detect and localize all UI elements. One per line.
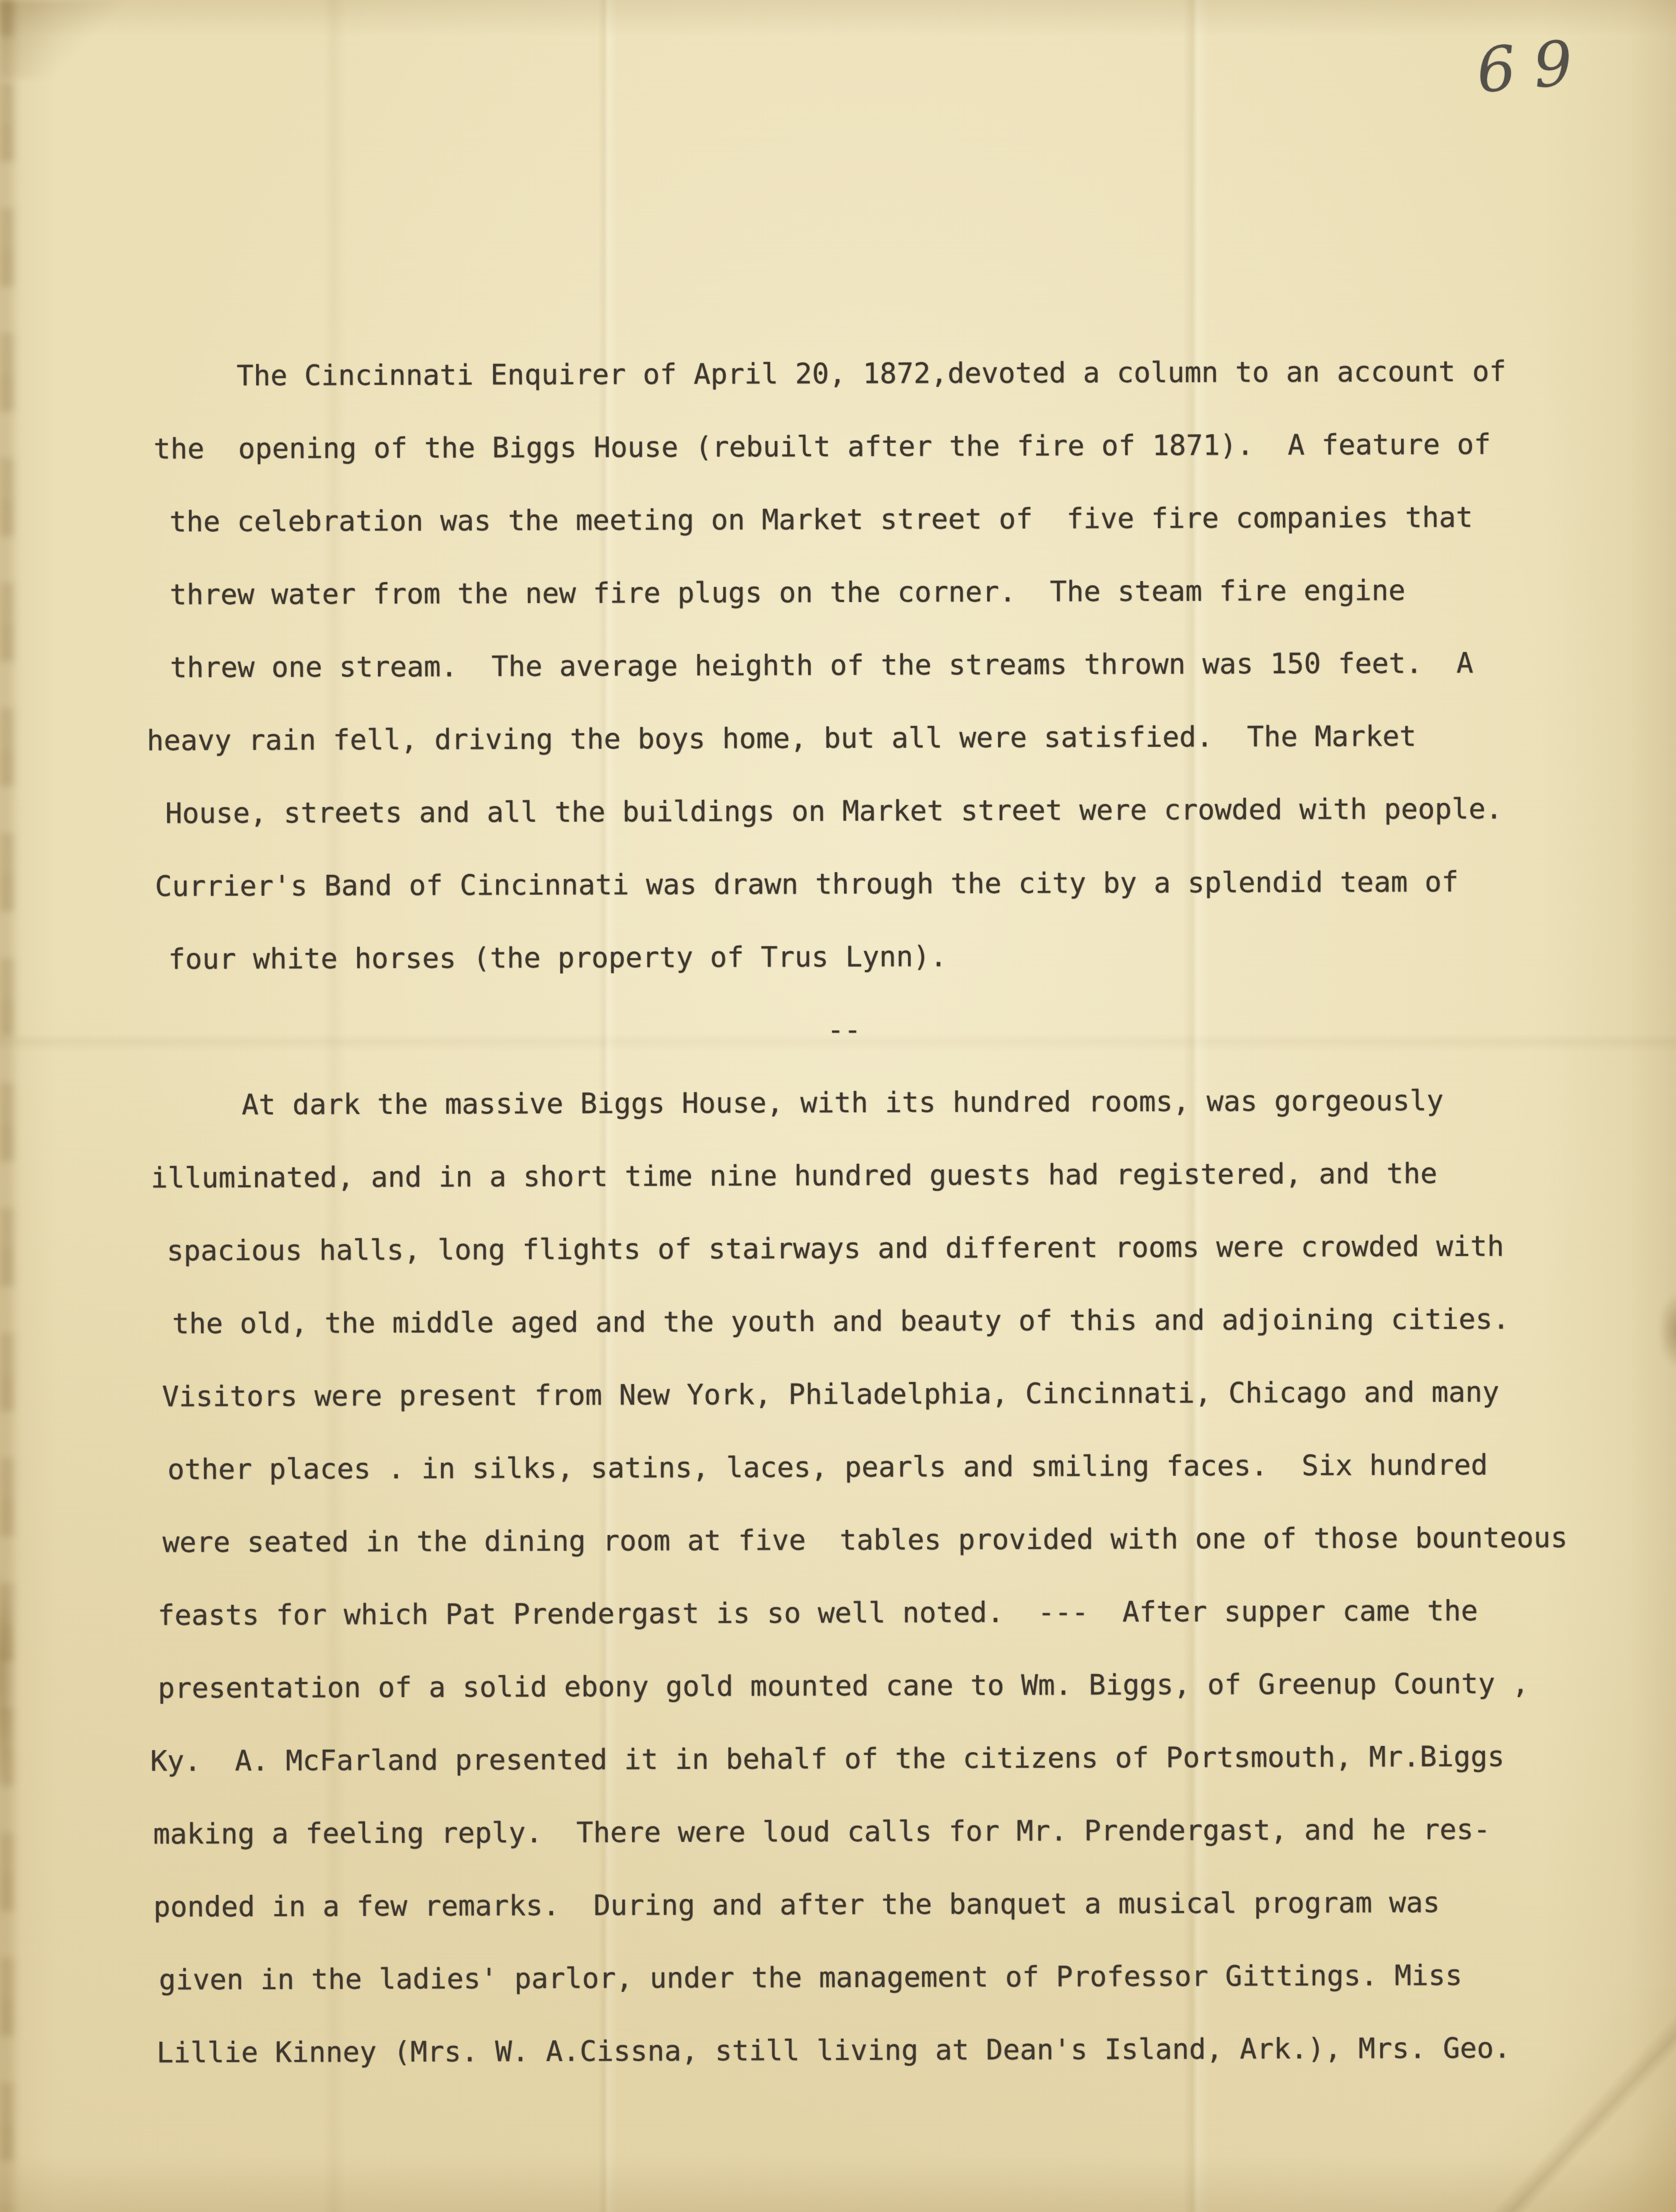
text-line: At dark the massive Biggs House, with it… (93, 1063, 1675, 1142)
text-line: threw one stream. The average heighth of… (21, 626, 1674, 705)
text-line: the celebration was the meeting on Marke… (21, 480, 1673, 559)
text-line: given in the ladies' parlor, under the m… (10, 1938, 1676, 2017)
text-line: threw water from the new fire plugs on t… (21, 553, 1674, 632)
text-line: Ky. A. McFarland presented it in behalf … (2, 1719, 1676, 1798)
text-line: illuminated, and in a short time nine hu… (3, 1136, 1676, 1215)
text-line: House, streets and all the buildings on … (17, 772, 1674, 850)
text-line: spacious halls, long flights of stairway… (18, 1209, 1676, 1288)
text-line: making a feeling reply. There were loud … (5, 1792, 1676, 1871)
top-left-tear (0, 0, 135, 78)
document-page: 69 The Cincinnati Enquirer of April 20, … (0, 0, 1676, 2212)
text-line: presentation of a solid ebony gold mount… (9, 1647, 1676, 1725)
handwritten-page-number: 69 (1473, 26, 1593, 107)
section-separator: -- (0, 990, 1675, 1069)
text-line: The Cincinnati Enquirer of April 20, 187… (88, 334, 1673, 413)
text-line: were seated in the dining room at five t… (14, 1501, 1676, 1579)
text-line: Lillie Kinney (Mrs. W. A.Cissna, still l… (8, 2011, 1676, 2090)
text-line: feasts for which Pat Prendergast is so w… (9, 1574, 1676, 1652)
text-line: Visitors were present from New York, Phi… (14, 1355, 1676, 1434)
text-line: heavy rain fell, driving the boys home, … (0, 699, 1674, 777)
paragraph: At dark the massive Biggs House, with it… (0, 1063, 1676, 2090)
typewritten-text: The Cincinnati Enquirer of April 20, 187… (0, 334, 1676, 2090)
text-line: four white horses (the property of Trus … (20, 918, 1675, 996)
text-line: ponded in a few remarks. During and afte… (5, 1865, 1676, 1944)
text-line: the opening of the Biggs House (rebuilt … (5, 407, 1673, 486)
text-line: other places . in silks, satins, laces, … (19, 1428, 1676, 1506)
text-line: the old, the middle aged and the youth a… (23, 1282, 1676, 1361)
paragraph: The Cincinnati Enquirer of April 20, 187… (0, 334, 1675, 996)
text-line: Currier's Band of Cincinnati was drawn t… (7, 845, 1675, 923)
